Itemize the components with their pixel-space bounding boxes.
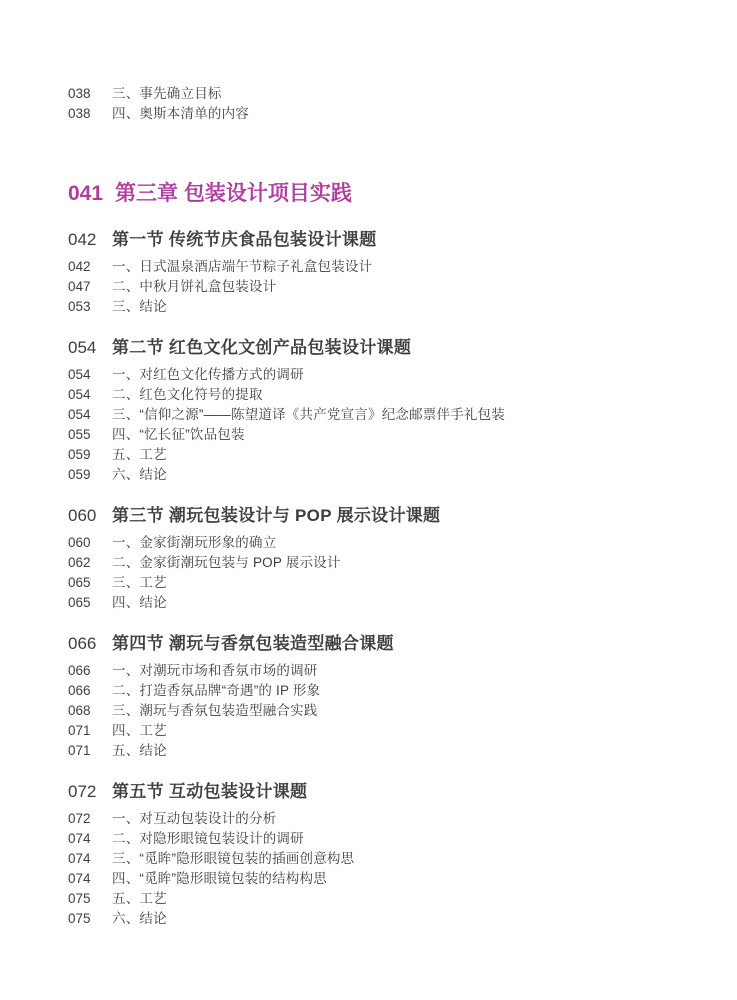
entry-label: 三、结论: [112, 297, 167, 317]
entry-label: 一、对红色文化传播方式的调研: [112, 365, 304, 385]
toc-entry: 047 二、中秋月饼礼盒包装设计: [68, 277, 709, 297]
leading-entries: 038 三、事先确立目标 038 四、奥斯本清单的内容: [68, 84, 709, 124]
section-heading: 072 第五节 互动包装设计课题: [68, 778, 709, 806]
entry-page-number: 059: [68, 465, 112, 485]
chapter-title: 第三章 包装设计项目实践: [115, 179, 352, 209]
section-page-number: 042: [68, 226, 112, 254]
entry-page-number: 065: [68, 573, 112, 593]
entry-page-number: 074: [68, 849, 112, 869]
entry-label: 四、“觅眸”隐形眼镜包装的结构构思: [112, 869, 327, 889]
toc-entry: 066 一、对潮玩市场和香氛市场的调研: [68, 661, 709, 681]
entry-page-number: 054: [68, 365, 112, 385]
toc-entry: 075 五、工艺: [68, 889, 709, 909]
section-items: 072 一、对互动包装设计的分析 074 二、对隐形眼镜包装设计的调研 074 …: [68, 809, 709, 929]
entry-label: 三、潮玩与香氛包装造型融合实践: [112, 701, 318, 721]
entry-page-number: 071: [68, 741, 112, 761]
entry-label: 二、对隐形眼镜包装设计的调研: [112, 829, 304, 849]
toc-entry: 065 四、结论: [68, 593, 709, 613]
section-items: 042 一、日式温泉酒店端午节粽子礼盒包装设计 047 二、中秋月饼礼盒包装设计…: [68, 257, 709, 317]
toc-entry: 059 五、工艺: [68, 445, 709, 465]
toc-entry: 074 二、对隐形眼镜包装设计的调研: [68, 829, 709, 849]
toc-entry: 038 四、奥斯本清单的内容: [68, 104, 709, 124]
entry-label: 二、中秋月饼礼盒包装设计: [112, 277, 276, 297]
section-title: 第二节 红色文化文创产品包装设计课题: [112, 334, 411, 362]
entry-page-number: 068: [68, 701, 112, 721]
entry-page-number: 055: [68, 425, 112, 445]
section-items: 060 一、金家街潮玩形象的确立 062 二、金家街潮玩包装与 POP 展示设计…: [68, 533, 709, 613]
section-items: 066 一、对潮玩市场和香氛市场的调研 066 二、打造香氛品牌“奇遇”的 IP…: [68, 661, 709, 761]
section-title: 第一节 传统节庆食品包装设计课题: [112, 226, 377, 254]
entry-page-number: 054: [68, 385, 112, 405]
entry-label: 三、事先确立目标: [112, 84, 222, 104]
entry-page-number: 038: [68, 84, 112, 104]
entry-page-number: 042: [68, 257, 112, 277]
toc-section: 060 第三节 潮玩包装设计与 POP 展示设计课题 060 一、金家街潮玩形象…: [68, 502, 709, 613]
entry-label: 六、结论: [112, 909, 167, 929]
toc-entry: 062 二、金家街潮玩包装与 POP 展示设计: [68, 553, 709, 573]
chapter-heading: 041 第三章 包装设计项目实践: [68, 179, 709, 209]
chapter-page-number: 041: [68, 179, 115, 209]
entry-label: 一、金家街潮玩形象的确立: [112, 533, 276, 553]
section-page-number: 060: [68, 502, 112, 530]
entry-page-number: 062: [68, 553, 112, 573]
toc-entry: 068 三、潮玩与香氛包装造型融合实践: [68, 701, 709, 721]
toc-entry: 053 三、结论: [68, 297, 709, 317]
toc-page: 038 三、事先确立目标 038 四、奥斯本清单的内容 041 第三章 包装设计…: [0, 0, 737, 1000]
entry-label: 一、日式温泉酒店端午节粽子礼盒包装设计: [112, 257, 372, 277]
toc-entry: 042 一、日式温泉酒店端午节粽子礼盒包装设计: [68, 257, 709, 277]
entry-label: 三、工艺: [112, 573, 167, 593]
section-title: 第四节 潮玩与香氛包装造型融合课题: [112, 630, 394, 658]
section-heading: 054 第二节 红色文化文创产品包装设计课题: [68, 334, 709, 362]
entry-label: 五、工艺: [112, 889, 167, 909]
entry-page-number: 054: [68, 405, 112, 425]
section-items: 054 一、对红色文化传播方式的调研 054 二、红色文化符号的提取 054 三…: [68, 365, 709, 485]
sections: 042 第一节 传统节庆食品包装设计课题 042 一、日式温泉酒店端午节粽子礼盒…: [68, 226, 709, 929]
entry-page-number: 038: [68, 104, 112, 124]
entry-label: 一、对互动包装设计的分析: [112, 809, 276, 829]
toc-entry: 071 四、工艺: [68, 721, 709, 741]
entry-page-number: 053: [68, 297, 112, 317]
entry-label: 二、打造香氛品牌“奇遇”的 IP 形象: [112, 681, 320, 701]
toc-entry: 054 三、“信仰之源”——陈望道译《共产党宣言》纪念邮票伴手礼包装: [68, 405, 709, 425]
entry-label: 六、结论: [112, 465, 167, 485]
toc-entry: 065 三、工艺: [68, 573, 709, 593]
entry-page-number: 065: [68, 593, 112, 613]
toc-entry: 074 三、“觅眸”隐形眼镜包装的插画创意构思: [68, 849, 709, 869]
entry-page-number: 074: [68, 869, 112, 889]
entry-page-number: 075: [68, 889, 112, 909]
toc-section: 066 第四节 潮玩与香氛包装造型融合课题 066 一、对潮玩市场和香氛市场的调…: [68, 630, 709, 761]
entry-page-number: 059: [68, 445, 112, 465]
toc-entry: 074 四、“觅眸”隐形眼镜包装的结构构思: [68, 869, 709, 889]
section-page-number: 066: [68, 630, 112, 658]
section-heading: 060 第三节 潮玩包装设计与 POP 展示设计课题: [68, 502, 709, 530]
toc-entry: 038 三、事先确立目标: [68, 84, 709, 104]
toc-entry: 075 六、结论: [68, 909, 709, 929]
section-heading: 066 第四节 潮玩与香氛包装造型融合课题: [68, 630, 709, 658]
entry-page-number: 071: [68, 721, 112, 741]
toc-section: 054 第二节 红色文化文创产品包装设计课题 054 一、对红色文化传播方式的调…: [68, 334, 709, 485]
entry-page-number: 066: [68, 661, 112, 681]
toc-entry: 055 四、“忆长征”饮品包装: [68, 425, 709, 445]
entry-label: 四、工艺: [112, 721, 167, 741]
toc-section: 072 第五节 互动包装设计课题 072 一、对互动包装设计的分析 074 二、…: [68, 778, 709, 929]
entry-page-number: 047: [68, 277, 112, 297]
entry-label: 五、工艺: [112, 445, 167, 465]
section-title: 第三节 潮玩包装设计与 POP 展示设计课题: [112, 502, 440, 530]
entry-label: 四、结论: [112, 593, 167, 613]
entry-page-number: 072: [68, 809, 112, 829]
toc-section: 042 第一节 传统节庆食品包装设计课题 042 一、日式温泉酒店端午节粽子礼盒…: [68, 226, 709, 317]
toc-entry: 054 一、对红色文化传播方式的调研: [68, 365, 709, 385]
entry-label: 一、对潮玩市场和香氛市场的调研: [112, 661, 318, 681]
section-title: 第五节 互动包装设计课题: [112, 778, 307, 806]
toc-entry: 054 二、红色文化符号的提取: [68, 385, 709, 405]
entry-label: 五、结论: [112, 741, 167, 761]
entry-page-number: 066: [68, 681, 112, 701]
toc-entry: 071 五、结论: [68, 741, 709, 761]
entry-page-number: 075: [68, 909, 112, 929]
toc-entry: 060 一、金家街潮玩形象的确立: [68, 533, 709, 553]
section-page-number: 054: [68, 334, 112, 362]
entry-label: 三、“信仰之源”——陈望道译《共产党宣言》纪念邮票伴手礼包装: [112, 405, 505, 425]
entry-label: 二、红色文化符号的提取: [112, 385, 263, 405]
toc-entry: 066 二、打造香氛品牌“奇遇”的 IP 形象: [68, 681, 709, 701]
entry-label: 二、金家街潮玩包装与 POP 展示设计: [112, 553, 341, 573]
section-heading: 042 第一节 传统节庆食品包装设计课题: [68, 226, 709, 254]
toc-entry: 059 六、结论: [68, 465, 709, 485]
entry-label: 四、奥斯本清单的内容: [112, 104, 249, 124]
toc-entry: 072 一、对互动包装设计的分析: [68, 809, 709, 829]
entry-label: 四、“忆长征”饮品包装: [112, 425, 245, 445]
entry-label: 三、“觅眸”隐形眼镜包装的插画创意构思: [112, 849, 354, 869]
entry-page-number: 060: [68, 533, 112, 553]
entry-page-number: 074: [68, 829, 112, 849]
section-page-number: 072: [68, 778, 112, 806]
